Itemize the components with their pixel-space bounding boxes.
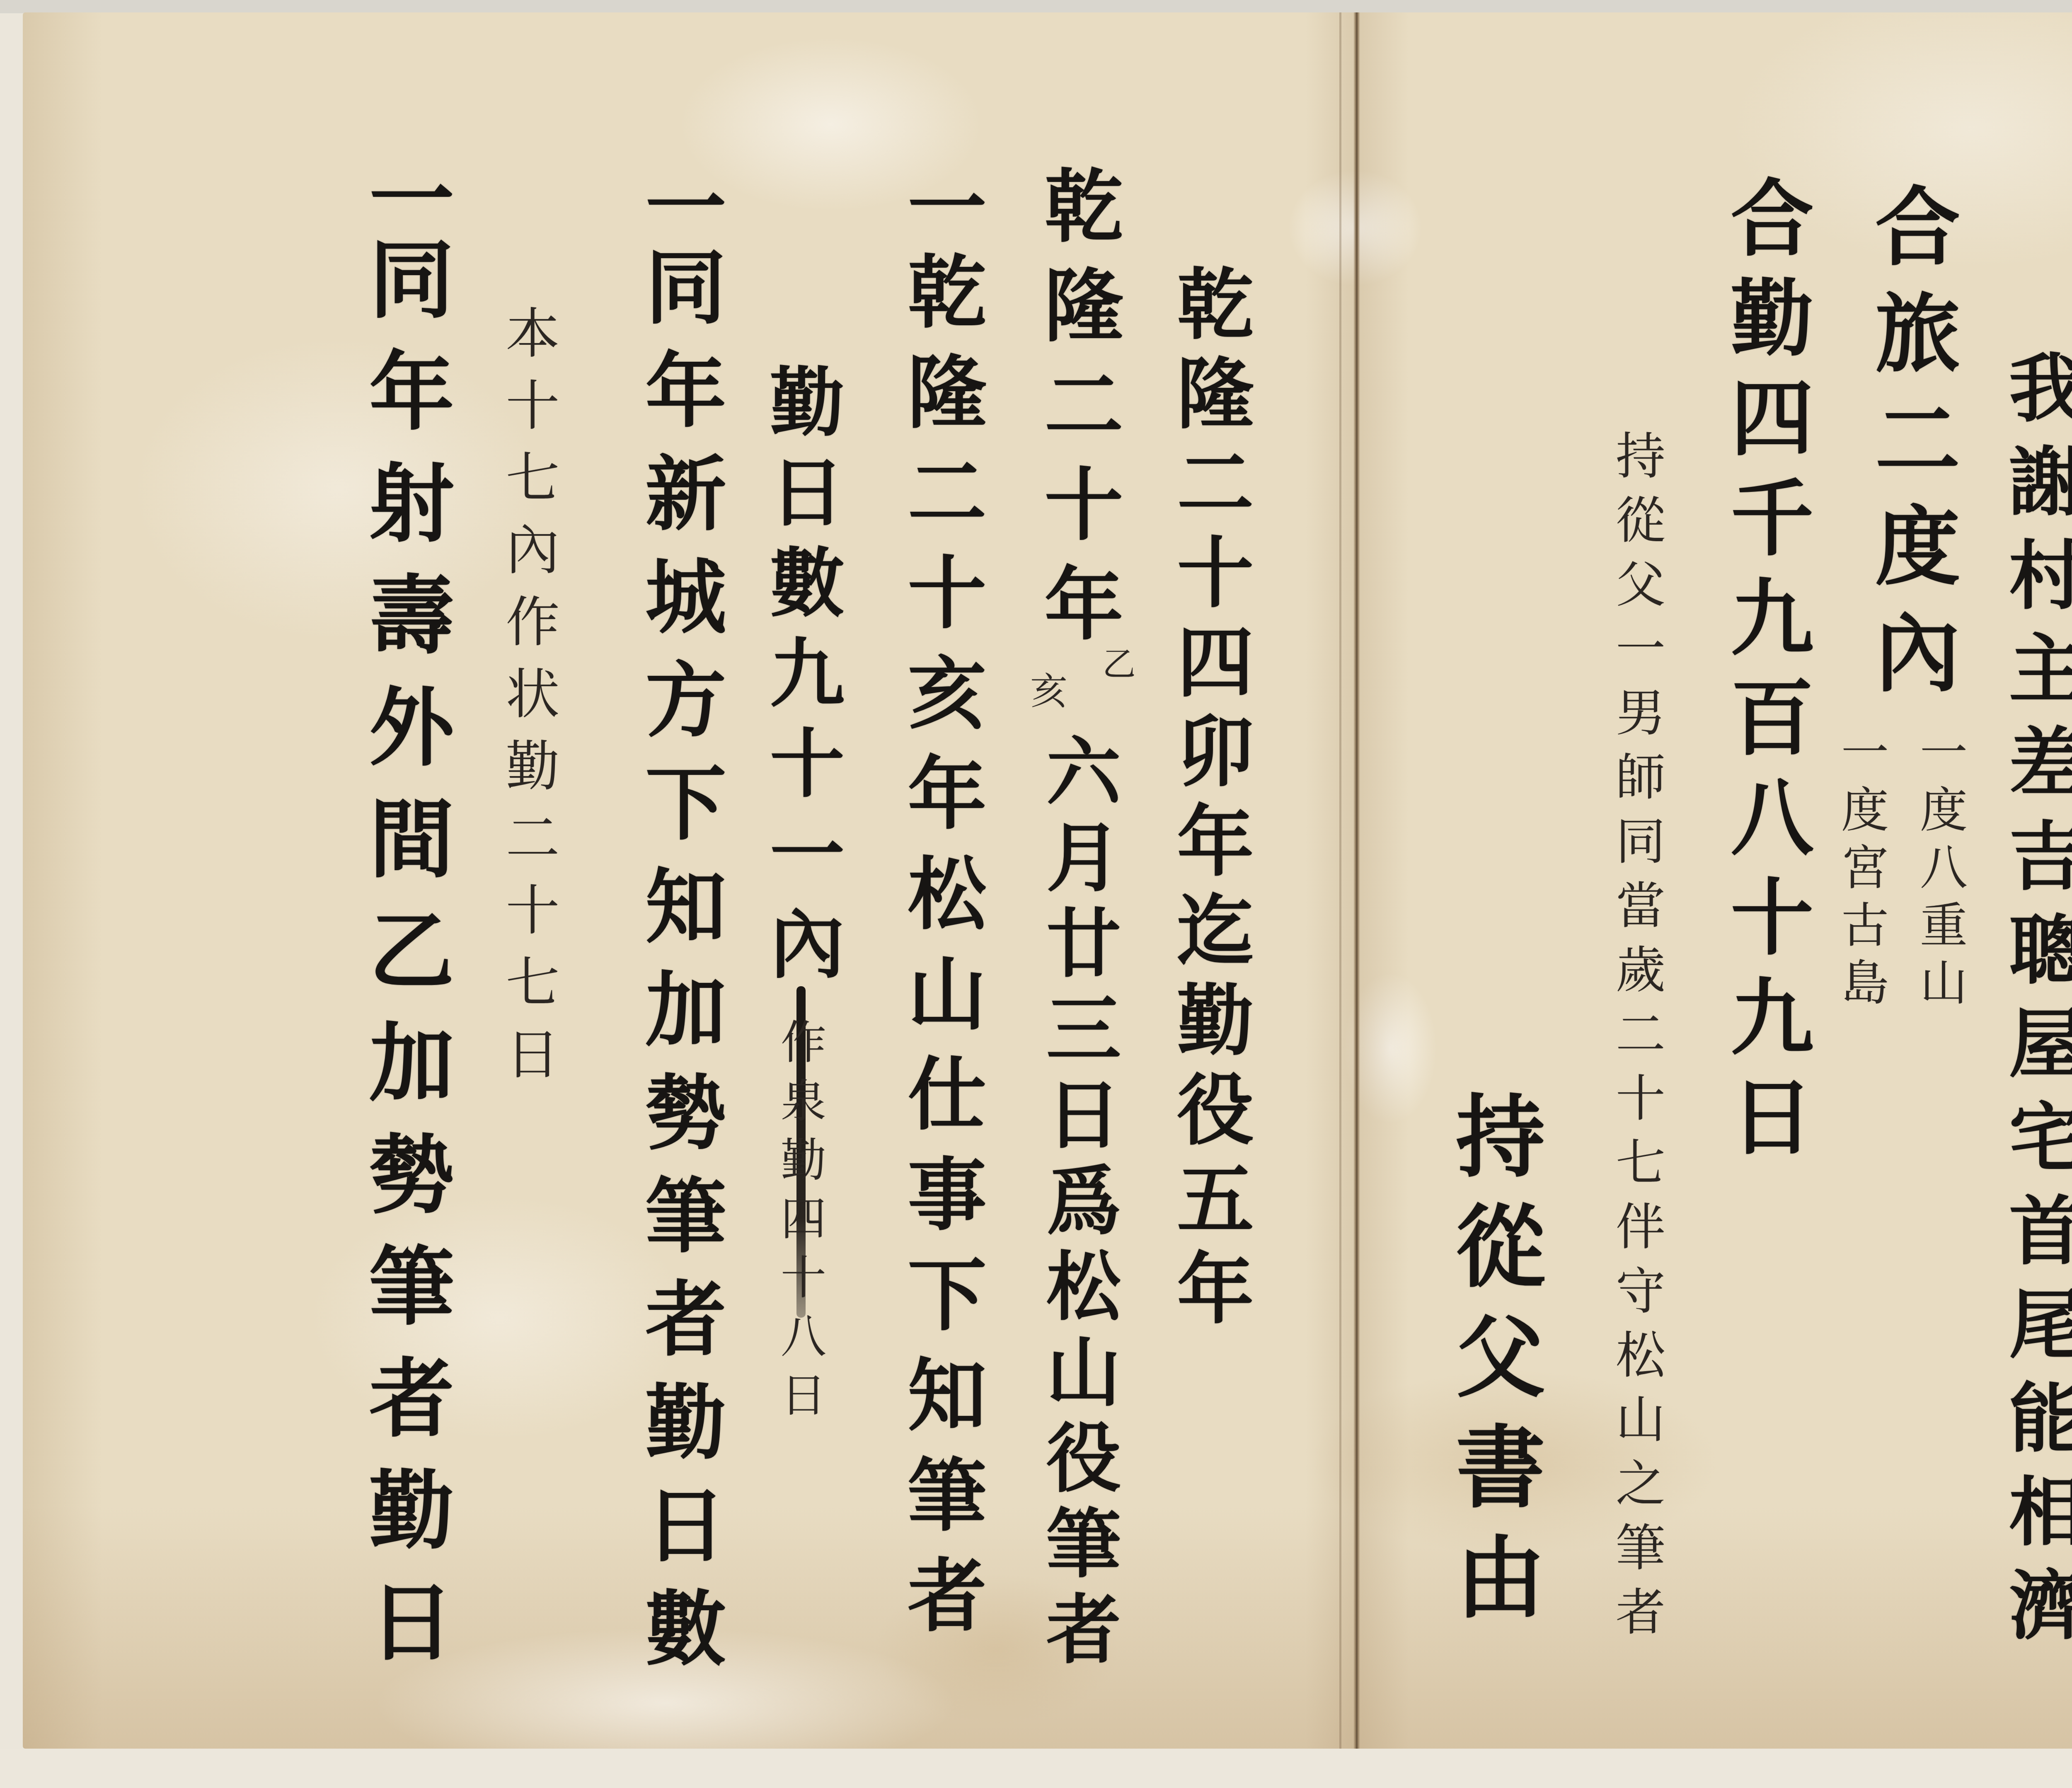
annotation-column: 持從父一男師同當歲二十七伴守松山之筆者 bbox=[1611, 430, 1661, 1650]
item-marker: 一 bbox=[362, 155, 447, 240]
annotation-column: 本十七內作状勤二十七日 bbox=[501, 305, 555, 1098]
annotation-note: 一度宮古島 bbox=[1837, 727, 1884, 1015]
text-column: 乾隆二十四卯年迄勤役五年 bbox=[1171, 264, 1247, 1338]
gutter-fold bbox=[1353, 12, 1360, 1749]
scan-mat-top bbox=[0, 0, 2072, 13]
text-column: 六月廿三日爲松山役筆者 bbox=[1040, 733, 1115, 1676]
fold-crease bbox=[1339, 12, 1341, 1749]
item-marker: 一 bbox=[639, 165, 720, 245]
inline-note: 乙 bbox=[1099, 646, 1133, 680]
signature-column: 持從父書由 bbox=[1449, 1090, 1538, 1641]
text-column-total-days: 合勤四千九百八十九日 bbox=[1724, 175, 1807, 1173]
text-column-total-trips: 合旅二度內 bbox=[1868, 182, 1953, 715]
annotation-note: 一度八重山 bbox=[1915, 727, 1963, 1015]
text-column: 同年射壽外間乙加勢筆者勤日 bbox=[362, 235, 447, 1689]
annotation-note: 作泉勤四十八日 bbox=[777, 1018, 823, 1430]
text-column: 我謝村主差吉聰屋宅首尾能相濟 bbox=[2003, 349, 2072, 1660]
inline-note: 亥 bbox=[1026, 671, 1064, 709]
text-column: 勤日數九十一內 bbox=[764, 363, 838, 995]
text-column: 乾隆二十亥年松山仕事下知筆者 bbox=[901, 251, 980, 1655]
item-marker: 一 bbox=[901, 166, 980, 244]
text-column: 同年新城方下知加勢筆者勤日數 bbox=[639, 245, 720, 1689]
scan-mat-bottom bbox=[0, 1749, 2072, 1788]
text-column: 乾隆二十年 bbox=[1038, 165, 1117, 662]
